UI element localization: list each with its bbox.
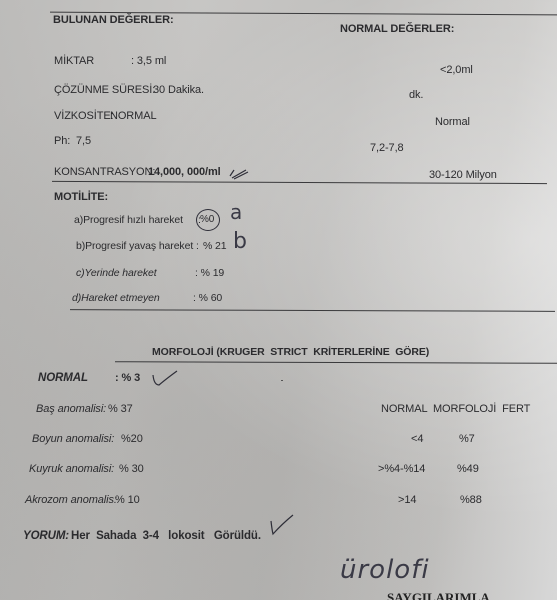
anomaly-bas-label: Baş anomalisi:	[36, 403, 106, 415]
konsantrasyon-label: KONSANTRASYON:	[54, 166, 155, 178]
fert-row-2-range: >%4-%14	[378, 463, 425, 475]
anomaly-akrozom-value: % 10	[115, 494, 140, 506]
morphology-heading: MORFOLOJİ (KRUGER STRICT KRİTERLERİNE GÖ…	[152, 346, 429, 358]
motility-heading: MOTİLİTE:	[54, 191, 108, 203]
motility-a-value: %0	[200, 214, 214, 225]
comment-label: YORUM:	[23, 530, 69, 542]
miktar-label: MİKTAR	[54, 55, 94, 67]
motility-b-label: b)Progresif yavaş hareket :	[76, 240, 199, 252]
ph-label: Ph:	[54, 135, 70, 147]
ph-value: 7,5	[76, 135, 91, 147]
morphology-rule	[115, 361, 557, 364]
normal-values-heading: NORMAL DEĞERLER:	[340, 23, 454, 35]
vizkosite-label: VİZKOSİTE:	[54, 110, 114, 122]
check-icon-comment	[268, 512, 296, 543]
vizkosite-normal: Normal	[435, 116, 470, 128]
fert-row-2-fert: %49	[457, 463, 479, 475]
miktar-normal: <2,0ml	[440, 64, 473, 76]
ph-normal: 7,2-7,8	[370, 142, 404, 154]
motility-c-value: : % 19	[195, 267, 224, 279]
motility-d-label: d)Hareket etmeyen	[72, 292, 160, 304]
anomaly-boyun-value: %20	[121, 433, 143, 445]
anomaly-kuyruk-label: Kuyruk anomalisi:	[29, 463, 114, 475]
morphology-normal-label: NORMAL	[38, 372, 88, 384]
motility-d-value: : % 60	[193, 292, 222, 304]
fert-row-1-range: <4	[411, 433, 423, 445]
comment-text: Her Sahada 3-4 lokosit Görüldü.	[71, 530, 261, 542]
konsantrasyon-value: 14,000, 000/ml	[148, 166, 221, 178]
cozunme-value: 30 Dakika.	[153, 84, 204, 96]
handwritten-b: b	[233, 229, 247, 254]
anomaly-bas-value: % 37	[108, 403, 133, 415]
handwritten-signature: ürolofi	[340, 555, 430, 585]
cozunme-label: ÇÖZÜNME SÜRESİ:	[54, 84, 155, 96]
motility-b-value: % 21	[203, 240, 227, 252]
motility-a-label: a)Progresif hızlı hareket	[74, 214, 183, 226]
closing-text: SAYGILARIMLA...	[387, 590, 500, 600]
fert-row-1-fert: %7	[459, 433, 475, 445]
konsantrasyon-normal: 30-120 Milyon	[429, 169, 497, 181]
dot-mark	[281, 380, 283, 381]
found-values-heading: BULUNAN DEĞERLER:	[53, 14, 174, 26]
fert-table-header: NORMAL MORFOLOJİ FERT	[381, 403, 530, 415]
fert-row-3-fert: %88	[460, 494, 482, 506]
miktar-value: : 3,5 ml	[131, 55, 166, 67]
anomaly-kuyruk-value: % 30	[119, 463, 144, 475]
motility-c-label: c)Yerinde hareket	[76, 267, 157, 279]
anomaly-akrozom-label: Akrozom anomalis:	[25, 494, 117, 506]
konsantrasyon-rule	[52, 181, 547, 184]
anomaly-boyun-label: Boyun anomalisi:	[32, 433, 114, 445]
vizkosite-value: NORMAL	[110, 110, 156, 122]
fert-row-3-range: >14	[398, 494, 416, 506]
motility-rule	[70, 309, 555, 312]
cozunme-normal: dk.	[409, 89, 423, 101]
morphology-normal-value: : % 3	[115, 372, 140, 384]
check-icon	[150, 369, 180, 392]
handwritten-a: a	[230, 200, 242, 224]
